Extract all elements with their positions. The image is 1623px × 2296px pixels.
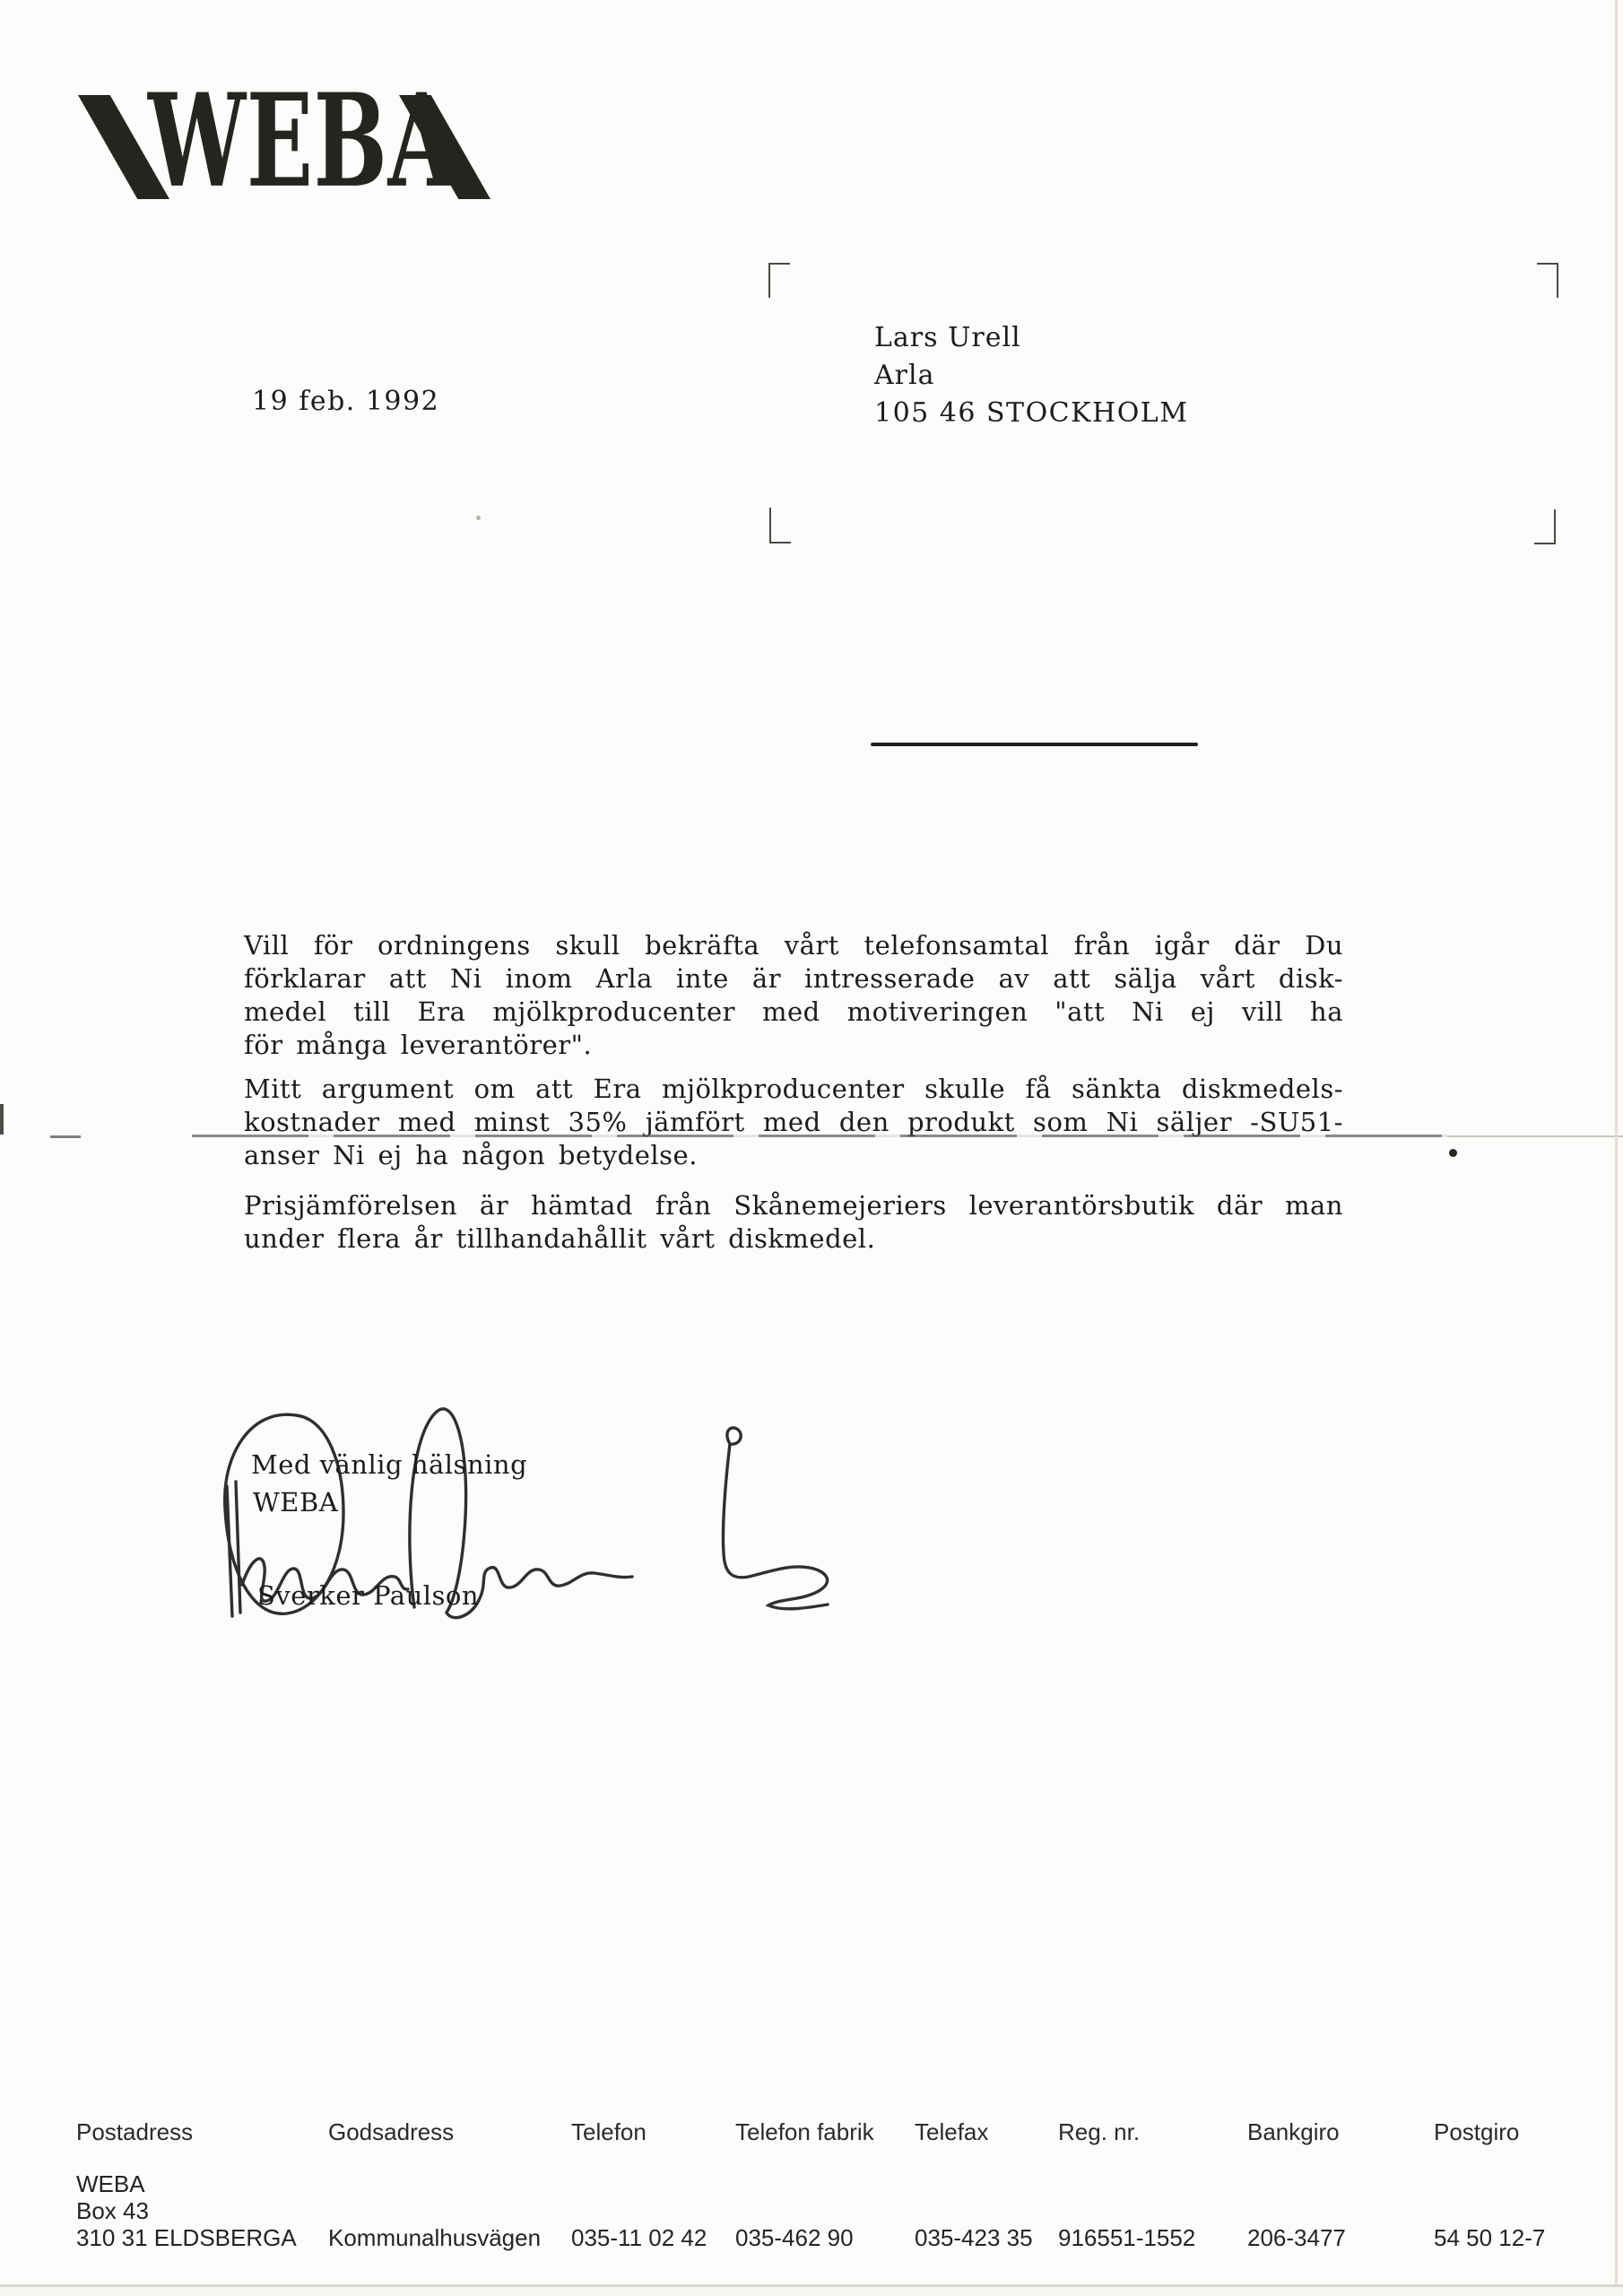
body-line: Prisjämförelsen är hämtad från Skånemeje…: [244, 1189, 1343, 1222]
footer-label: Reg. nr.: [1058, 2118, 1140, 2146]
footer-label: Postgiro: [1434, 2118, 1519, 2146]
footer-col-telefon-fabrik: Telefon fabrik 035-462 90: [735, 2118, 874, 2146]
footer-label: Telefon: [571, 2118, 647, 2146]
footer-value: 035-11 02 42: [571, 2224, 707, 2252]
corner-mark-top-right: [1537, 263, 1558, 298]
scan-edge-mark: [0, 1104, 4, 1135]
signature: [211, 1392, 838, 1630]
fold-crease-segment: [50, 1135, 81, 1138]
footer-col-reg-nr: Reg. nr. 916551-1552: [1058, 2118, 1140, 2146]
letter-date: 19 feb. 1992: [252, 386, 439, 417]
footer-value: Box 43: [76, 2197, 149, 2225]
paragraph-1: Vill för ordningens skull bekräfta vårt …: [244, 929, 1343, 1062]
footer-value: 206-3477: [1247, 2224, 1346, 2252]
footer-col-postadress: Postadress WEBA Box 43 310 31 ELDSBERGA: [76, 2118, 193, 2146]
footer-col-telefon: Telefon 035-11 02 42: [571, 2118, 647, 2146]
recipient-company: Arla: [874, 357, 1188, 395]
footer-label: Bankgiro: [1247, 2118, 1340, 2146]
footer-value: Kommunalhusvägen: [328, 2224, 541, 2252]
footer-value: 916551-1552: [1058, 2224, 1195, 2252]
footer-label: Telefax: [915, 2118, 988, 2146]
recipient-address: Lars Urell Arla 105 46 STOCKHOLM: [874, 319, 1188, 432]
footer-value: 035-423 35: [915, 2224, 1033, 2252]
ink-speck: [1449, 1149, 1457, 1157]
footer-value: 310 31 ELDSBERGA: [76, 2224, 297, 2252]
recipient-city-underline: [871, 743, 1198, 746]
scan-edge-right: [1615, 0, 1618, 2296]
footer-label: Postadress: [76, 2118, 193, 2146]
paragraph-2: Mitt argument om att Era mjölkproducente…: [244, 1073, 1343, 1172]
body-line: Vill för ordningens skull bekräfta vårt …: [244, 929, 1343, 962]
body-line: medel till Era mjölkproducenter med moti…: [244, 996, 1343, 1029]
body-line: förklarar att Ni inom Arla inte är intre…: [244, 962, 1343, 996]
body-line: Mitt argument om att Era mjölkproducente…: [244, 1073, 1343, 1106]
body-line: för många leverantörer".: [244, 1029, 1343, 1062]
footer-col-postgiro: Postgiro 54 50 12-7: [1434, 2118, 1519, 2146]
corner-mark-bottom-right: [1534, 509, 1556, 544]
recipient-name: Lars Urell: [874, 319, 1188, 357]
footer-value: 54 50 12-7: [1434, 2224, 1545, 2252]
footer-label: Telefon fabrik: [735, 2118, 874, 2146]
footer-col-bankgiro: Bankgiro 206-3477: [1247, 2118, 1340, 2146]
footer-value: WEBA: [76, 2170, 145, 2198]
scan-speck: [476, 516, 481, 520]
footer-col-telefax: Telefax 035-423 35: [915, 2118, 988, 2146]
fold-crease-line: [192, 1135, 1447, 1137]
paragraph-3: Prisjämförelsen är hämtad från Skånemeje…: [244, 1189, 1343, 1256]
footer-col-godsadress: Godsadress Kommunalhusvägen: [328, 2118, 454, 2146]
body-line: under flera år tillhandahållit vårt disk…: [244, 1222, 1343, 1256]
corner-mark-bottom-left: [769, 508, 791, 544]
fold-crease-faint: [1447, 1135, 1623, 1137]
body-line: anser Ni ej ha någon betydelse.: [244, 1139, 1343, 1172]
footer-value: 035-462 90: [735, 2224, 854, 2252]
corner-mark-top-left: [768, 263, 790, 298]
scanner-background: [0, 2287, 1623, 2296]
recipient-city: 105 46 STOCKHOLM: [874, 395, 1188, 432]
letter-page: WEBA 19 feb. 1992 Lars Urell Arla 105 46…: [0, 0, 1623, 2296]
footer-label: Godsadress: [328, 2118, 454, 2146]
